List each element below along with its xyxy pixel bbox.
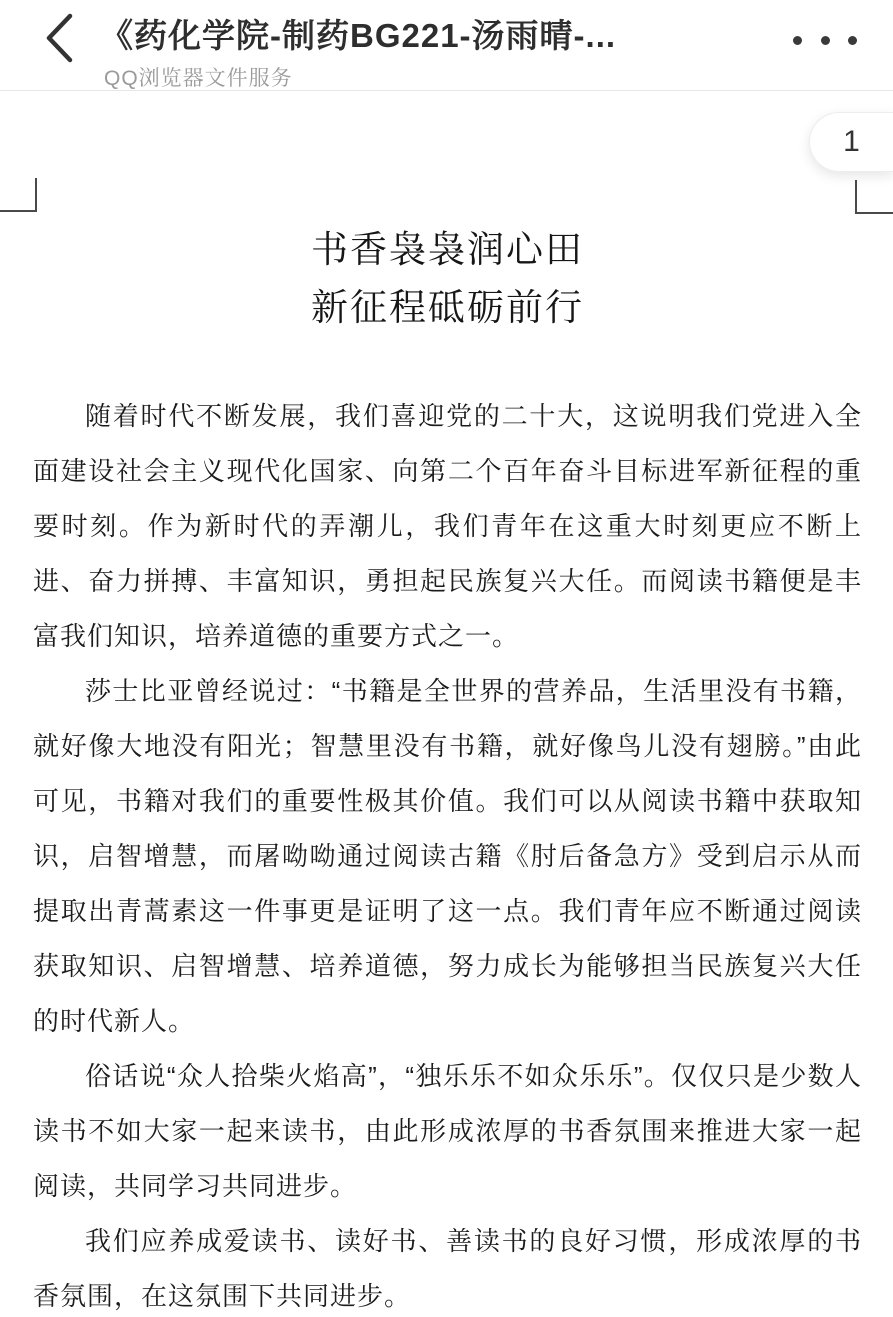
document-page: 书香袅袅润心田 新征程砥砺前行 随着时代不断发展，我们喜迎党的二十大，这说明我们… [0, 91, 893, 1317]
page-number: 1 [843, 125, 860, 159]
doc-line: 提取出青蒿素这一件事更是证明了这一点。我们青年应不断通过阅读 [33, 884, 862, 939]
back-button[interactable] [38, 12, 80, 64]
doc-line: 香氛围，在这氛围下共同进步。 [33, 1269, 862, 1317]
header-text-block: 《药化学院-制药BG221-汤雨晴-... QQ浏览器文件服务 [100, 10, 760, 92]
more-options-button[interactable] [793, 22, 857, 58]
document-title-line: 书香袅袅润心田 [33, 221, 862, 279]
back-icon [44, 12, 74, 64]
doc-line: 莎士比亚曾经说过：“书籍是全世界的营养品，生活里没有书籍， [33, 664, 862, 719]
doc-line: 俗话说“众人拾柴火焰高”，“独乐乐不如众乐乐”。仅仅只是少数人 [33, 1049, 862, 1104]
document-title-line: 新征程砥砺前行 [33, 279, 862, 337]
page-number-badge: 1 [809, 112, 893, 172]
doc-line: 进、奋力拼搏、丰富知识，勇担起民族复兴大任。而阅读书籍便是丰 [33, 554, 862, 609]
more-options-icon [848, 36, 857, 45]
more-options-icon [793, 36, 802, 45]
doc-line: 识，启智增慧，而屠呦呦通过阅读古籍《肘后备急方》受到启示从而 [33, 829, 862, 884]
doc-line: 可见，书籍对我们的重要性极其价值。我们可以从阅读书籍中获取知 [33, 774, 862, 829]
file-title: 《药化学院-制药BG221-汤雨晴-... [100, 10, 760, 57]
scan-corner-mark-right [855, 180, 893, 214]
scan-corner-mark-left [0, 178, 37, 212]
doc-line: 阅读，共同学习共同进步。 [33, 1159, 862, 1214]
file-preview-screen: 《药化学院-制药BG221-汤雨晴-... QQ浏览器文件服务 1 书香袅袅润心… [0, 0, 893, 1317]
more-options-icon [821, 36, 830, 45]
doc-line: 要时刻。作为新时代的弄潮儿，我们青年在这重大时刻更应不断上 [33, 499, 862, 554]
doc-line: 富我们知识，培养道德的重要方式之一。 [33, 609, 862, 664]
doc-line: 获取知识、启智增慧、培养道德，努力成长为能够担当民族复兴大任 [33, 939, 862, 994]
doc-line: 面建设社会主义现代化国家、向第二个百年奋斗目标进军新征程的重 [33, 444, 862, 499]
doc-line: 我们应养成爱读书、读好书、善读书的良好习惯，形成浓厚的书 [33, 1214, 862, 1269]
header-bar: 《药化学院-制药BG221-汤雨晴-... QQ浏览器文件服务 [0, 0, 893, 91]
doc-line: 随着时代不断发展，我们喜迎党的二十大，这说明我们党进入全 [33, 389, 862, 444]
doc-line: 就好像大地没有阳光；智慧里没有书籍，就好像鸟儿没有翅膀。”由此 [33, 719, 862, 774]
doc-line: 读书不如大家一起来读书，由此形成浓厚的书香氛围来推进大家一起 [33, 1104, 862, 1159]
service-subtitle: QQ浏览器文件服务 [104, 62, 760, 92]
doc-line: 的时代新人。 [33, 994, 862, 1049]
document-body: 随着时代不断发展，我们喜迎党的二十大，这说明我们党进入全 面建设社会主义现代化国… [33, 389, 862, 1317]
